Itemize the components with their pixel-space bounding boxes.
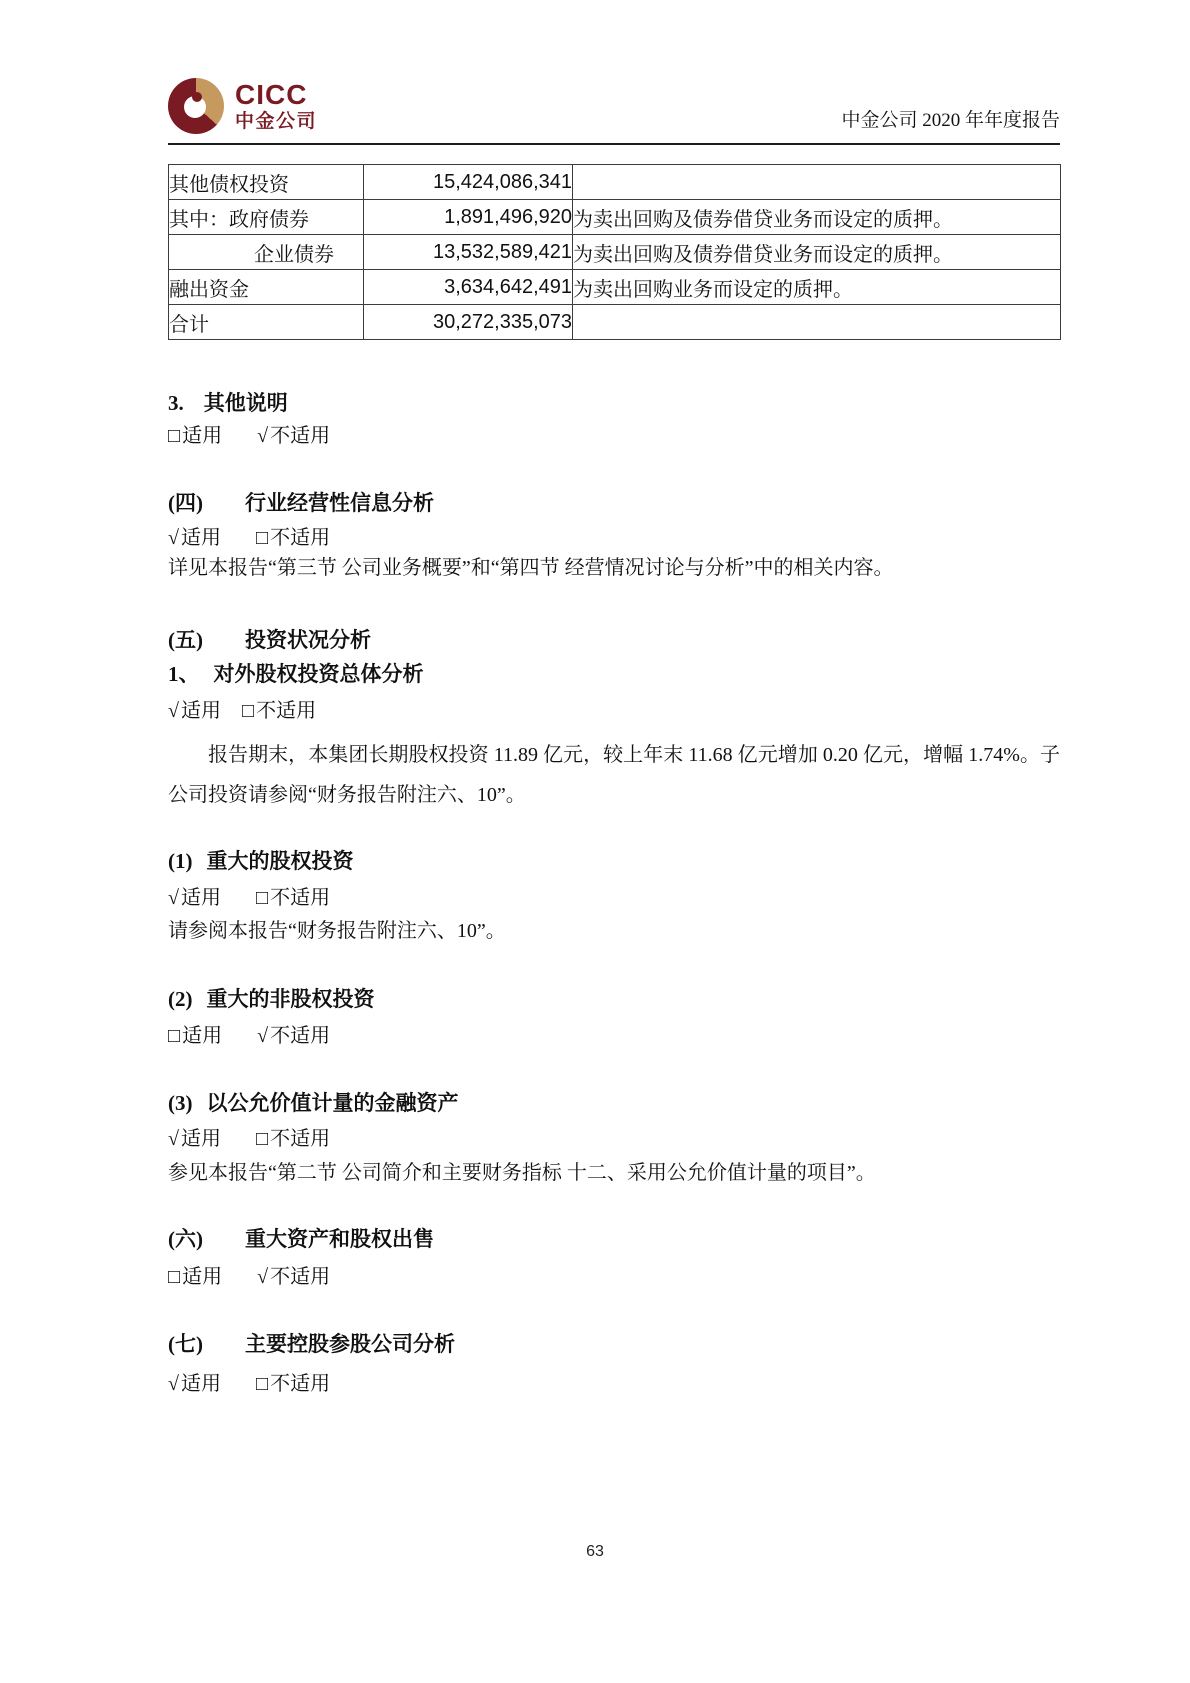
- section-title: 重大的非股权投资: [207, 987, 375, 1011]
- section-title: 投资状况分析: [245, 628, 371, 652]
- section-number: (1): [168, 849, 193, 873]
- amount-cell: 30,272,335,073: [364, 305, 573, 340]
- page-content: CICC 中金公司 中金公司 2020 年年度报告 其他债权投资 15,424,…: [0, 0, 1190, 1397]
- applicable-label: 适用: [181, 1128, 221, 1150]
- section-body-text: 详见本报告“第三节 公司业务概要”和“第四节 经营情况讨论与分析”中的相关内容。: [168, 553, 1060, 583]
- checkbox-unchecked-icon: □: [256, 1373, 268, 1395]
- check-mark-icon: √: [257, 1266, 268, 1288]
- item-cell: 其他债权投资: [169, 165, 364, 200]
- applicable-label: 适用: [181, 887, 221, 909]
- note-cell: 为卖出回购业务而设定的质押。: [573, 270, 1061, 305]
- applicability-line: √适用 □不适用: [168, 698, 1060, 724]
- document-title: 中金公司 2020 年年度报告: [841, 110, 1060, 133]
- applicability-line: □适用 √不适用: [168, 1264, 1060, 1290]
- not-applicable-label: 不适用: [270, 887, 330, 909]
- applicability-line: □适用 √不适用: [168, 1023, 1060, 1049]
- item-cell: 其中：政府债券: [169, 200, 364, 235]
- table-row: 其中：政府债券 1,891,496,920 为卖出回购及债券借贷业务而设定的质押…: [169, 200, 1061, 235]
- section-title: 对外股权投资总体分析: [214, 662, 424, 686]
- brand-name-zh: 中金公司: [235, 112, 317, 131]
- cicc-logo-icon: [168, 78, 224, 134]
- section-body-text: 参见本报告“第二节 公司简介和主要财务指标 十二、采用公允价值计量的项目”。: [168, 1158, 1060, 1188]
- not-applicable-label: 不适用: [270, 1266, 330, 1288]
- not-applicable-label: 不适用: [270, 1025, 330, 1047]
- section-title: 主要控股参股公司分析: [245, 1332, 455, 1356]
- section-number: (五): [168, 628, 203, 652]
- section-title: 其他说明: [204, 391, 288, 415]
- section-title: 行业经营性信息分析: [245, 491, 434, 515]
- section-heading-equity-investment-overview: 1、对外股权投资总体分析: [168, 661, 1060, 687]
- amount-cell: 1,891,496,920: [364, 200, 573, 235]
- check-mark-icon: √: [168, 700, 179, 722]
- check-mark-icon: √: [168, 527, 179, 549]
- applicability-line: √适用 □不适用: [168, 1126, 1060, 1152]
- page-number: 63: [0, 1543, 1190, 1561]
- check-mark-icon: √: [168, 1373, 179, 1395]
- applicability-line: √适用 □不适用: [168, 885, 1060, 911]
- not-applicable-label: 不适用: [256, 700, 316, 722]
- applicable-label: 适用: [181, 527, 221, 549]
- check-mark-icon: √: [168, 1128, 179, 1150]
- section-number: (六): [168, 1227, 203, 1251]
- not-applicable-label: 不适用: [270, 527, 330, 549]
- applicability-line: √适用 □不适用: [168, 525, 1060, 551]
- brand-name-en: CICC: [235, 81, 317, 109]
- checkbox-unchecked-icon: □: [256, 887, 268, 909]
- section-body-paragraph: 报告期末，本集团长期股权投资 11.89 亿元，较上年末 11.68 亿元增加 …: [168, 735, 1060, 815]
- section-title: 重大的股权投资: [207, 849, 354, 873]
- not-applicable-label: 不适用: [270, 1373, 330, 1395]
- page-header: CICC 中金公司 中金公司 2020 年年度报告: [168, 78, 1060, 145]
- checkbox-unchecked-icon: □: [242, 700, 254, 722]
- check-mark-icon: √: [257, 425, 268, 447]
- applicable-label: 适用: [181, 1373, 221, 1395]
- section-number: 3.: [168, 391, 184, 415]
- note-cell: 为卖出回购及债券借贷业务而设定的质押。: [573, 200, 1061, 235]
- item-cell: 合计: [169, 305, 364, 340]
- section-number: (3): [168, 1091, 193, 1115]
- item-cell: 融出资金: [169, 270, 364, 305]
- applicability-line: √适用 □不适用: [168, 1371, 1060, 1397]
- check-mark-icon: √: [168, 887, 179, 909]
- table-row: 合计 30,272,335,073: [169, 305, 1061, 340]
- amount-cell: 13,532,589,421: [364, 235, 573, 270]
- note-cell: [573, 165, 1061, 200]
- logo-wordmark: CICC 中金公司: [235, 81, 317, 131]
- amount-cell: 3,634,642,491: [364, 270, 573, 305]
- checkbox-unchecked-icon: □: [256, 527, 268, 549]
- item-cell: 企业债券: [169, 235, 364, 270]
- applicable-label: 适用: [182, 425, 222, 447]
- applicable-label: 适用: [182, 1266, 222, 1288]
- not-applicable-label: 不适用: [270, 425, 330, 447]
- section-heading-major-asset-sale: (六)重大资产和股权出售: [168, 1226, 1060, 1252]
- table-row: 其他债权投资 15,424,086,341: [169, 165, 1061, 200]
- section-title: 以公允价值计量的金融资产: [207, 1091, 459, 1115]
- checkbox-unchecked-icon: □: [256, 1128, 268, 1150]
- pledge-table: 其他债权投资 15,424,086,341 其中：政府债券 1,891,496,…: [168, 164, 1061, 340]
- applicability-line: □适用 √不适用: [168, 423, 1060, 449]
- section-number: (七): [168, 1332, 203, 1356]
- not-applicable-label: 不适用: [270, 1128, 330, 1150]
- section-heading-investment-analysis: (五)投资状况分析: [168, 627, 1060, 653]
- section-heading-fair-value-assets: (3)以公允价值计量的金融资产: [168, 1090, 1060, 1116]
- note-cell: [573, 305, 1061, 340]
- applicable-label: 适用: [181, 700, 221, 722]
- section-number: 1、: [168, 662, 200, 686]
- table-row: 企业债券 13,532,589,421 为卖出回购及债券借贷业务而设定的质押。: [169, 235, 1061, 270]
- note-cell: 为卖出回购及债券借贷业务而设定的质押。: [573, 235, 1061, 270]
- applicable-label: 适用: [182, 1025, 222, 1047]
- section-body-text: 请参阅本报告“财务报告附注六、10”。: [168, 916, 1060, 946]
- section-heading-major-nonequity-investment: (2)重大的非股权投资: [168, 986, 1060, 1012]
- checkbox-unchecked-icon: □: [168, 1025, 180, 1047]
- section-number: (四): [168, 491, 203, 515]
- checkbox-unchecked-icon: □: [168, 1266, 180, 1288]
- section-title: 重大资产和股权出售: [245, 1227, 434, 1251]
- logo-notch-shape: [192, 92, 202, 102]
- section-heading-other-notes: 3.其他说明: [168, 390, 1060, 416]
- section-number: (2): [168, 987, 193, 1011]
- section-heading-major-equity-investment: (1)重大的股权投资: [168, 848, 1060, 874]
- section-heading-industry-info: (四)行业经营性信息分析: [168, 490, 1060, 516]
- cicc-logo: CICC 中金公司: [168, 78, 317, 134]
- checkbox-unchecked-icon: □: [168, 425, 180, 447]
- table-row: 融出资金 3,634,642,491 为卖出回购业务而设定的质押。: [169, 270, 1061, 305]
- check-mark-icon: √: [257, 1025, 268, 1047]
- report-page: CICC 中金公司 中金公司 2020 年年度报告 其他债权投资 15,424,…: [0, 0, 1190, 1683]
- amount-cell: 15,424,086,341: [364, 165, 573, 200]
- section-heading-subsidiaries-analysis: (七)主要控股参股公司分析: [168, 1331, 1060, 1357]
